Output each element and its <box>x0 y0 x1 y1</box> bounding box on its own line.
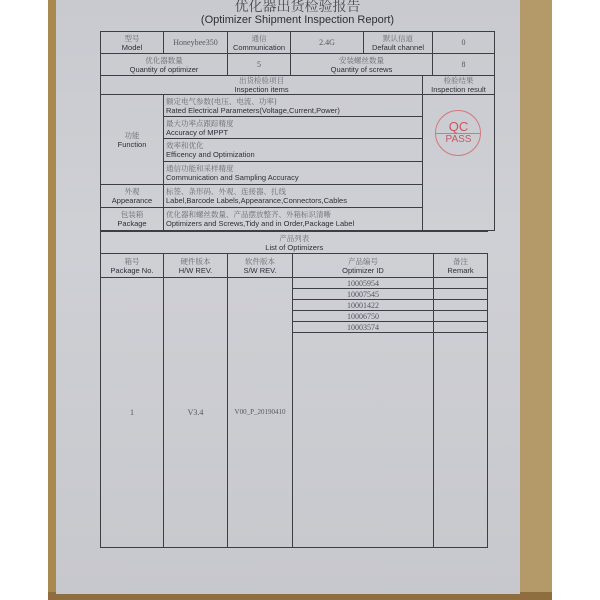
remark-cell <box>434 322 488 333</box>
remark-cell <box>434 300 488 311</box>
group-package-label: 包装箱Package <box>101 208 164 231</box>
optimizer-list-title: 产品列表List of Optimizers <box>101 232 488 254</box>
inspection-item: 标签、条形码、外观、连接器、扎线Label,Barcode Labels,App… <box>164 185 423 208</box>
model-value: Honeybee350 <box>164 32 228 54</box>
model-label: 型号Model <box>101 32 164 54</box>
header-info-table: 型号Model Honeybee350 通信Communication 2.4G… <box>100 31 495 76</box>
column-header-optimizer-id: 产品编号Optimizer ID <box>293 254 434 278</box>
communication-label: 通信Communication <box>228 32 291 54</box>
inspection-item: 通信功能和采样精度Communication and Sampling Accu… <box>164 162 423 185</box>
inspection-item: 效率和优化Efficency and Optimization <box>164 139 423 162</box>
inspection-result-header: 检验结果Inspection result <box>422 76 494 95</box>
remark-cell <box>434 311 488 322</box>
qc-pass-stamp: QC PASS <box>435 110 481 156</box>
wood-surface-right <box>518 0 552 600</box>
inspection-item: 优化器和螺丝数量、产品摆放整齐、外箱标识清晰Optimizers and Scr… <box>164 208 423 231</box>
inspection-item: 最大功率点跟踪精度Accuracy of MPPT <box>164 117 423 139</box>
default-channel-value: 0 <box>433 32 495 54</box>
group-function-label: 功能Function <box>101 95 164 185</box>
report-title-en: (Optimizer Shipment Inspection Report) <box>100 14 495 26</box>
optimizer-list-table: 产品列表List of Optimizers 箱号Package No. 硬件版… <box>100 231 488 548</box>
quantity-optimizer-label: 优化器数量Quantity of optimizer <box>101 54 228 76</box>
inspection-result-cell: QC PASS <box>422 95 494 231</box>
report-title-cn: 优化器出货检验报告 <box>100 0 495 15</box>
empty-id-cell <box>293 333 434 548</box>
sw-rev-value: V00_P_20190410 <box>228 278 293 548</box>
optimizer-id: 10006750 <box>293 311 434 322</box>
remark-cell <box>434 278 488 289</box>
default-channel-label: 默认信道Default channel <box>364 32 433 54</box>
remark-cell <box>434 289 488 300</box>
optimizer-id: 10003574 <box>293 322 434 333</box>
inspection-item: 额定电气参数(电压、电流、功率)Rated Electrical Paramet… <box>164 95 423 117</box>
inspection-table: 出货检验项目Inspection items 检验结果Inspection re… <box>100 75 495 231</box>
optimizer-id: 10005954 <box>293 278 434 289</box>
optimizer-id: 10001422 <box>293 300 434 311</box>
optimizer-id: 10007545 <box>293 289 434 300</box>
hw-rev-value: V3.4 <box>164 278 228 548</box>
quantity-optimizer-value: 5 <box>228 54 291 76</box>
column-header-sw-rev: 软件版本S/W REV. <box>228 254 293 278</box>
inspection-items-header: 出货检验项目Inspection items <box>101 76 423 95</box>
group-appearance-label: 外观Appearance <box>101 185 164 208</box>
empty-remark-cell <box>434 333 488 548</box>
quantity-screws-label: 安装螺丝数量Quantity of screws <box>291 54 433 76</box>
package-no-value: 1 <box>101 278 164 548</box>
quantity-screws-value: 8 <box>433 54 495 76</box>
communication-value: 2.4G <box>291 32 364 54</box>
column-header-hw-rev: 硬件版本H/W REV. <box>164 254 228 278</box>
column-header-package-no: 箱号Package No. <box>101 254 164 278</box>
column-header-remark: 备注Remark <box>434 254 488 278</box>
